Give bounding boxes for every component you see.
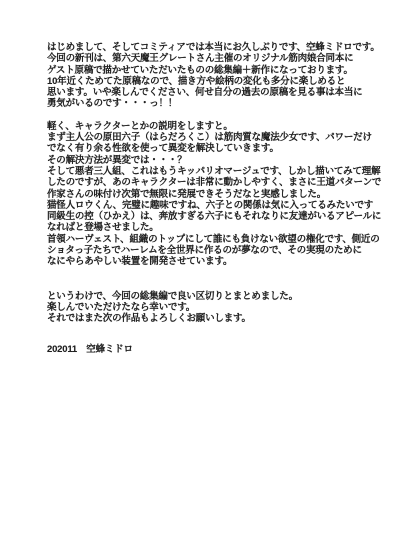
afterword-page: はじめまして、そしてコミティアでは本当にお久しぶりです、空蜂ミドロです。 今回の…: [0, 0, 400, 557]
text-line: でなく有り余る性欲を使って異変を解決していきます。: [47, 143, 377, 154]
afterword-paragraph-characters: 軽く、キャラクターとかの説明をしますと。 まず主人公の原田六子（はらだろくこ）は…: [47, 121, 377, 268]
signature-line: 202011 空蜂ミドロ: [47, 344, 377, 355]
afterword-text-block: はじめまして、そしてコミティアでは本当にお久しぶりです、空蜂ミドロです。 今回の…: [47, 42, 377, 355]
text-line: その解決方法が異変では・・・？: [47, 155, 377, 166]
text-line: そして悪者三人組、これはもうキッパリオマージュです、しかし描いてみて理解: [47, 166, 377, 177]
text-line: 猫怪人ロウくん、完璧に趣味ですね、六子との関係は気に入ってるみたいです: [47, 200, 377, 211]
text-line: それではまた次の作品もよろしくお願いします。: [47, 313, 377, 324]
text-line: 首領ハーヴェスト、組織のトップにして誰にも負けない欲望の権化です、側近の: [47, 234, 377, 245]
text-line: 今回の新刊は、第六天魔王グレートさん主催のオリジナル筋肉娘合同本に: [47, 53, 377, 64]
text-line: 思います。いや楽しんでください、何せ自分の過去の原稿を見る事は本当に: [47, 87, 377, 98]
text-line: 勇気がいるのです・・・っ！！: [47, 98, 377, 109]
text-line: 10年近くためてた原稿なので、描き方や絵柄の変化も多分に楽しめると: [47, 76, 377, 87]
text-line: ショタっ子たちでハーレムを全世界に作るのが夢なので、その実現のために: [47, 245, 377, 256]
text-line: 楽しんでいただけたなら幸いです。: [47, 302, 377, 313]
text-line: はじめまして、そしてコミティアでは本当にお久しぶりです、空蜂ミドロです。: [47, 42, 377, 53]
text-line: 軽く、キャラクターとかの説明をしますと。: [47, 121, 377, 132]
text-line: なればと登場させました。: [47, 222, 377, 233]
afterword-paragraph-closing: というわけで、今回の総集編で良い区切りとまとめました。 楽しんでいただけたなら幸…: [47, 291, 377, 325]
text-line: というわけで、今回の総集編で良い区切りとまとめました。: [47, 291, 377, 302]
text-line: 作家さんの味付け次第で無限に発展できそうだなと実感しました。: [47, 189, 377, 200]
text-line: まず主人公の原田六子（はらだろくこ）は筋肉質な魔法少女です、パワーだけ: [47, 132, 377, 143]
afterword-paragraph-greeting: はじめまして、そしてコミティアでは本当にお久しぶりです、空蜂ミドロです。 今回の…: [47, 42, 377, 110]
text-line: 同級生の控（ひかえ）は、奔放すぎる六子にもそれなりに友達がいるアピールに: [47, 211, 377, 222]
text-line: ゲスト原稿で描かせていただいたものの総集編＋新作になっております。: [47, 65, 377, 76]
text-line: なにやらあやしい装置を開発させています。: [47, 256, 377, 267]
text-line: したのですが、あのキャラクターは非常に動かしやすく、まさに王道パターンで: [47, 177, 377, 188]
